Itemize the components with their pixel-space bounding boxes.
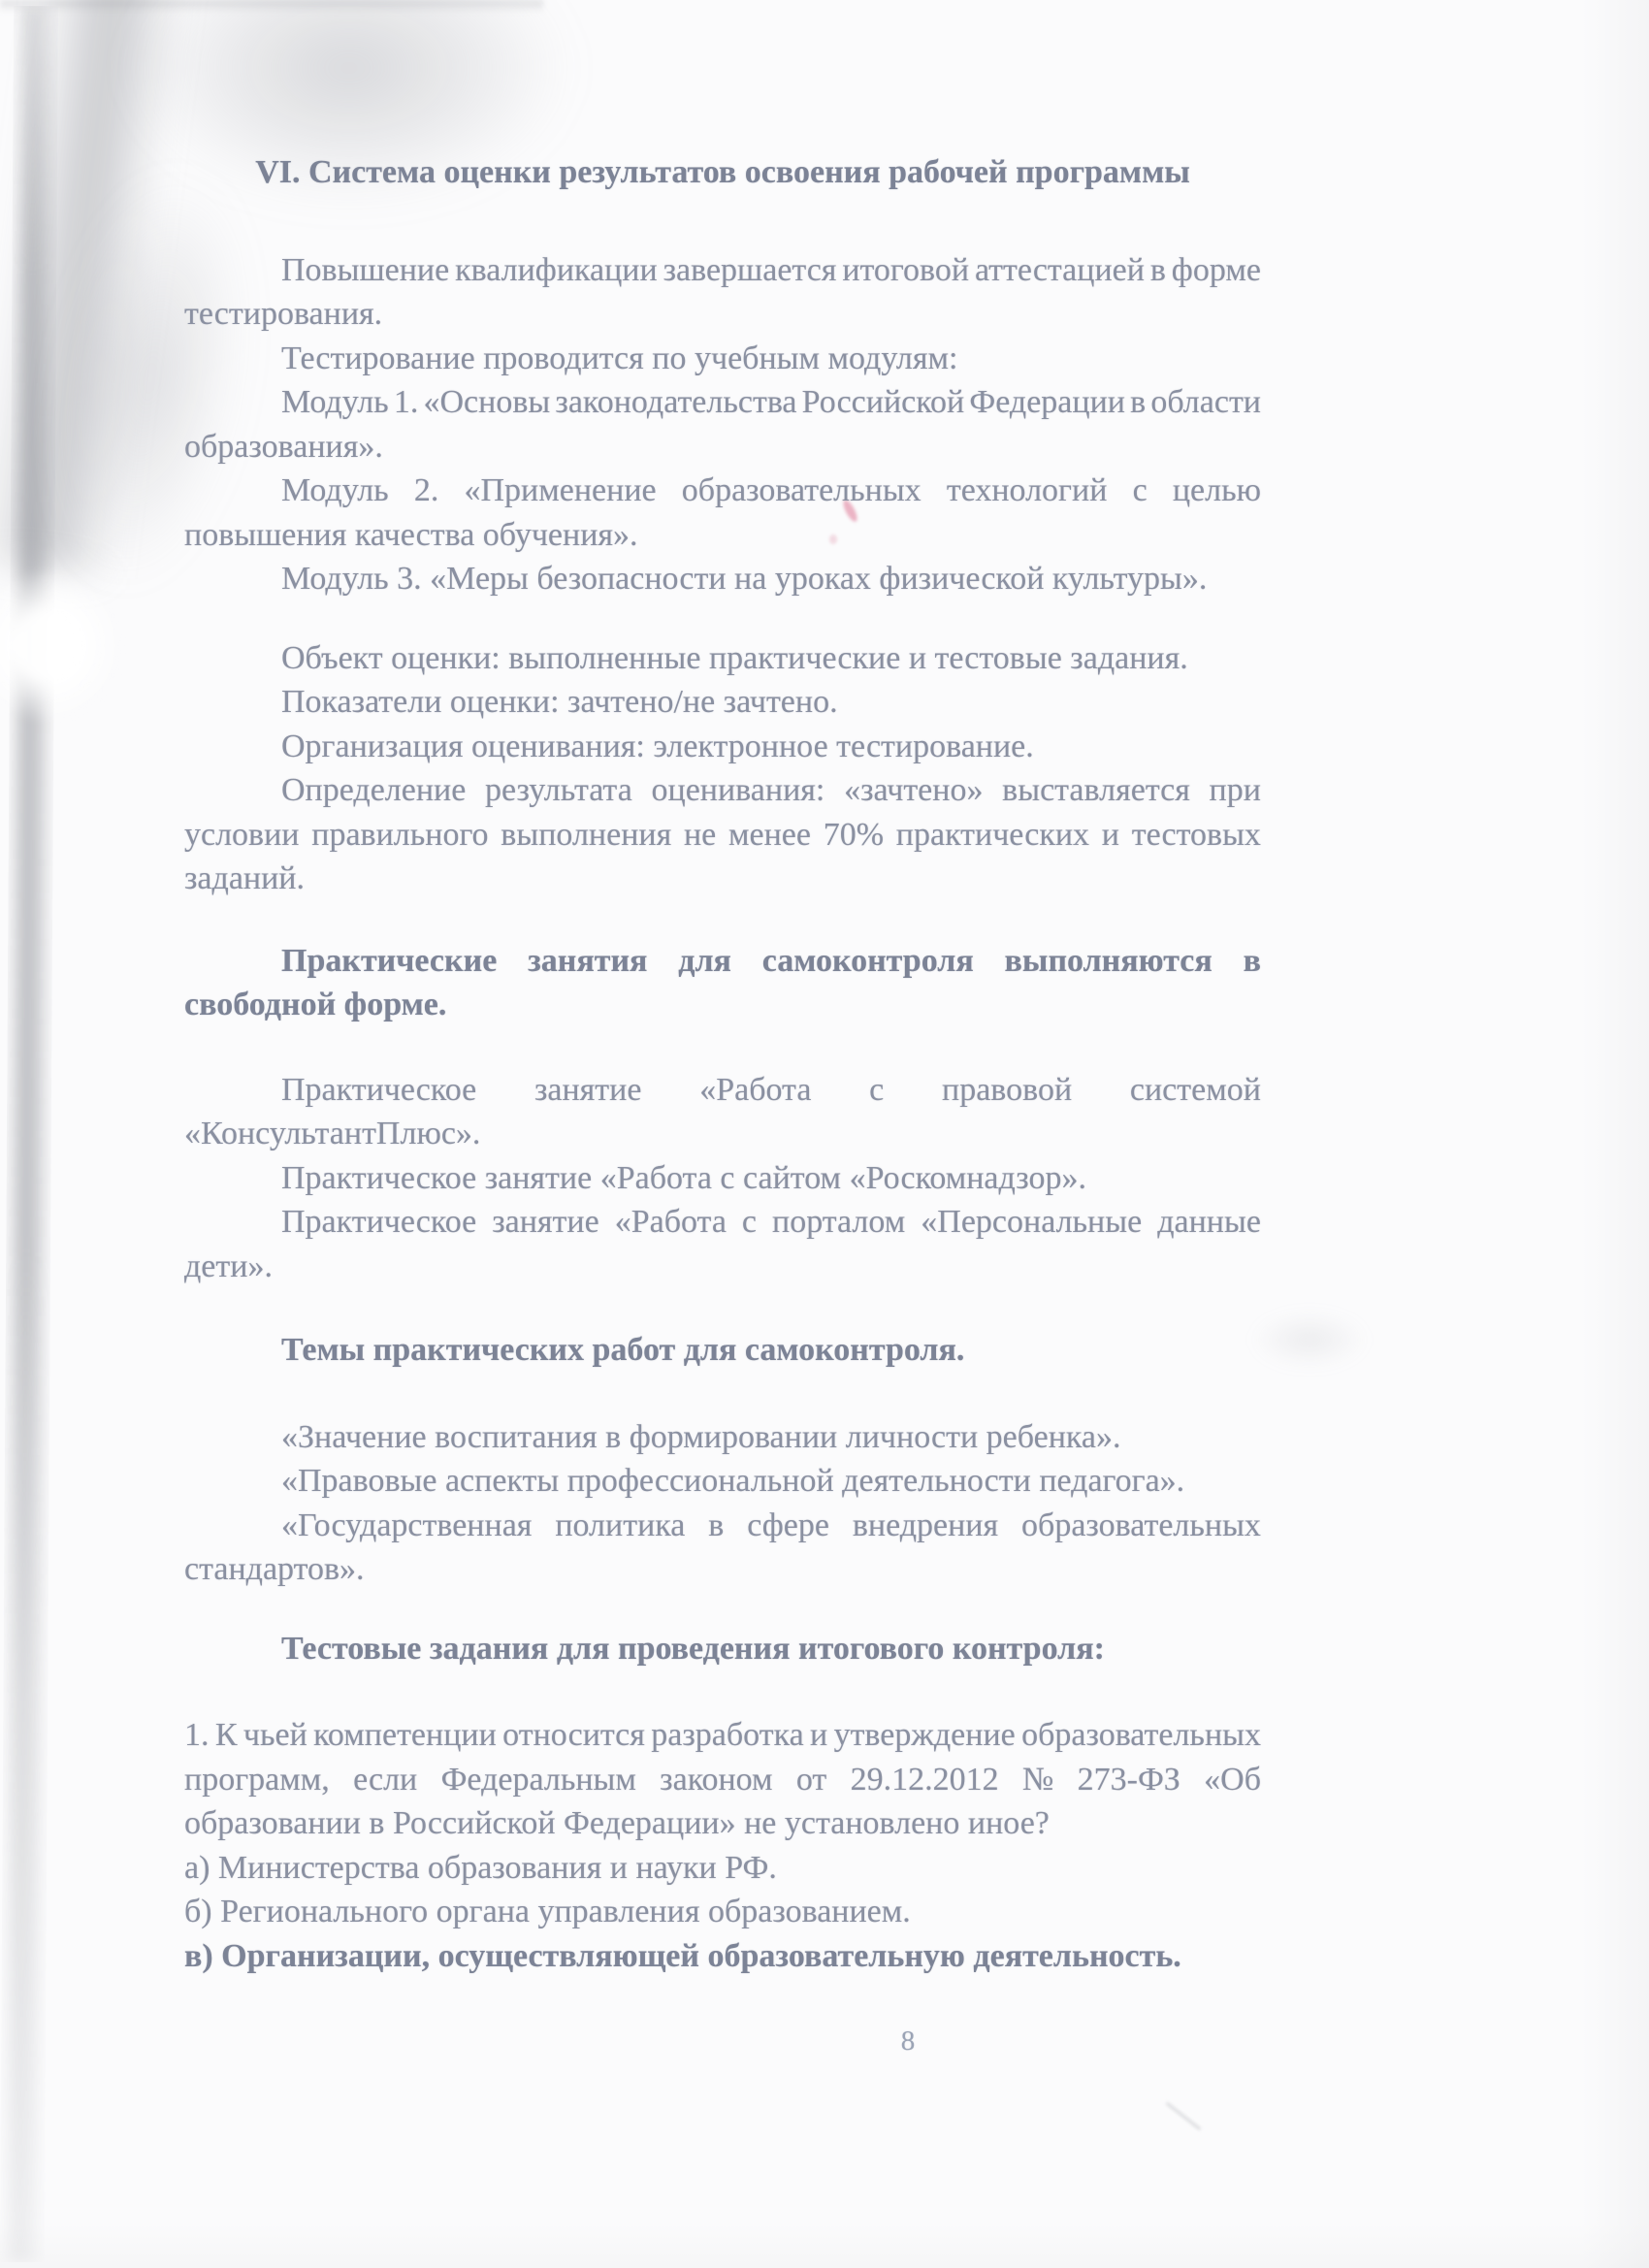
module-3-line: Модуль 3. «Меры безопасности на уроках ф… <box>184 557 1261 601</box>
answer-option-b: б) Регионального органа управления образ… <box>184 1890 1261 1934</box>
word: разработка <box>651 1713 803 1758</box>
word: сфере <box>747 1504 829 1548</box>
spacer <box>184 1288 1261 1328</box>
word: 1. <box>394 380 419 425</box>
word: образовательных <box>1021 1713 1261 1758</box>
scan-edge-bottom <box>0 2223 1649 2268</box>
practical-heading-line-1: Практическиезанятиядлясамоконтролявыполн… <box>184 939 1261 984</box>
word: с <box>869 1068 884 1113</box>
word: условии <box>184 813 300 858</box>
spacer <box>184 901 1261 939</box>
word: практических <box>896 813 1089 858</box>
word: не <box>684 813 716 858</box>
word: занятие <box>492 1200 599 1245</box>
question-1-line-3: образовании в Российской Федерации» не у… <box>184 1801 1261 1846</box>
practical-personal-data-line-1: Практическоезанятие«Работаспорталом«Перс… <box>184 1200 1261 1245</box>
word: 1. <box>184 1713 210 1758</box>
practical-roskomnadzor-line: Практическое занятие «Работа с сайтом «Р… <box>184 1156 1261 1201</box>
word: «Основы <box>424 380 551 425</box>
word: Федерации <box>969 380 1125 425</box>
scan-shadow-left-band <box>0 6 58 2262</box>
word: относится <box>502 1713 645 1758</box>
spacer <box>184 195 1261 248</box>
answer-option-c: в) Организации, осуществляющей образоват… <box>184 1934 1261 1979</box>
word: внедрения <box>853 1504 998 1548</box>
spacer <box>184 601 1261 636</box>
word: чьей <box>243 1713 307 1758</box>
word: программ, <box>184 1758 330 1802</box>
word: Модуль <box>281 469 389 513</box>
word: результата <box>485 768 632 813</box>
module-1-line-1: Модуль1.«ОсновызаконодательстваРоссийско… <box>184 380 1261 425</box>
word: технологий <box>947 469 1108 513</box>
word: 2. <box>414 469 439 513</box>
spacer <box>184 1027 1261 1068</box>
module-2-line-1: Модуль2.«Применениеобразовательныхтехнол… <box>184 469 1261 513</box>
word: и <box>1102 813 1119 858</box>
word: 70% <box>824 813 884 858</box>
word: квалификации <box>455 248 658 293</box>
word: «зачтено» <box>844 768 983 813</box>
document-body: VI. Система оценки результатов освоения … <box>184 150 1261 1978</box>
word: Федеральным <box>441 1758 636 1802</box>
spacer <box>184 1592 1261 1627</box>
word: утверждение <box>834 1713 1016 1758</box>
word: итоговой <box>842 248 969 293</box>
doc-title: VI. Система оценки результатов освоения … <box>184 150 1261 195</box>
word: в <box>1244 939 1261 984</box>
word: «Работа <box>699 1068 811 1113</box>
word: в <box>1150 248 1166 293</box>
word: при <box>1210 768 1261 813</box>
word: аттестацией <box>975 248 1145 293</box>
assessment-organization-line: Организация оценивания: электронное тест… <box>184 725 1261 769</box>
word: завершается <box>663 248 837 293</box>
word: Модуль <box>281 380 389 425</box>
word: законом <box>660 1758 772 1802</box>
practical-heading-line-2: свободной форме. <box>184 983 1261 1027</box>
practical-consultantplus-line-1: Практическоезанятие«Работасправовойсисте… <box>184 1068 1261 1113</box>
word: Повышение <box>281 248 449 293</box>
scan-edge-right <box>1581 0 1649 2268</box>
word: выставляется <box>1002 768 1190 813</box>
word: форме <box>1172 248 1261 293</box>
word: «Персональные <box>921 1200 1142 1245</box>
word: оценивания: <box>652 768 825 813</box>
word: самоконтроля <box>762 939 974 984</box>
assessment-result-line-1: Определениерезультатаоценивания:«зачтено… <box>184 768 1261 813</box>
word: «Работа <box>615 1200 727 1245</box>
scan-shadow-top-edge <box>0 0 543 13</box>
word: занятие <box>534 1068 642 1113</box>
page-number: 8 <box>859 2025 956 2057</box>
word: образовательных <box>1021 1504 1261 1548</box>
word: от <box>796 1758 826 1802</box>
word: «Об <box>1204 1758 1261 1802</box>
answer-option-a: а) Министерства образования и науки РФ. <box>184 1846 1261 1891</box>
question-1-line-2: программ,еслиФедеральнымзакономот29.12.2… <box>184 1758 1261 1802</box>
scanned-page: { "colors": { "ink": "#8a90a1", "ink_bol… <box>0 0 1649 2268</box>
word: выполнения <box>501 813 671 858</box>
spacer <box>184 1670 1261 1713</box>
word: если <box>353 1758 417 1802</box>
word: менее <box>728 813 811 858</box>
word: тестовых <box>1132 813 1261 858</box>
question-1-line-1: 1.Кчьейкомпетенцииотноситсяразработкаиут… <box>184 1713 1261 1758</box>
word: с <box>742 1200 757 1245</box>
word: Практическое <box>281 1068 476 1113</box>
topics-heading: Темы практических работ для самоконтроля… <box>184 1328 1261 1373</box>
scan-wisp <box>1251 1312 1368 1368</box>
word: целью <box>1173 469 1261 513</box>
word: «Применение <box>465 469 657 513</box>
word: 29.12.2012 <box>851 1758 999 1802</box>
word: № <box>1022 1758 1053 1802</box>
assessment-indicators-line: Показатели оценки: зачтено/не зачтено. <box>184 680 1261 725</box>
intro-line-2: тестирования. <box>184 292 1261 337</box>
test-tasks-heading: Тестовые задания для проведения итоговог… <box>184 1627 1261 1671</box>
topic-line-3b: стандартов». <box>184 1547 1261 1592</box>
word: образовательных <box>682 469 921 513</box>
word: в <box>1130 380 1146 425</box>
word: законодательства <box>555 380 796 425</box>
word: системой <box>1130 1068 1261 1113</box>
assessment-object-line: Объект оценки: выполненные практические … <box>184 636 1261 681</box>
word: политика <box>555 1504 685 1548</box>
word: «Государственная <box>281 1504 532 1548</box>
topic-line-3a: «Государственнаяполитикавсферевнедренияо… <box>184 1504 1261 1548</box>
module-2-line-2: повышения качества обучения». <box>184 513 1261 558</box>
word: Российской <box>802 380 965 425</box>
spacer <box>184 1373 1261 1415</box>
word: компетенции <box>313 1713 497 1758</box>
scan-smudge-diagonal <box>0 0 185 576</box>
word: Практическое <box>281 1200 476 1245</box>
word: в <box>708 1504 724 1548</box>
assessment-result-line-2: условииправильноговыполнениянеменее70%пр… <box>184 813 1261 858</box>
module-1-line-2: образования». <box>184 425 1261 470</box>
topic-line-2: «Правовые аспекты профессиональной деяте… <box>184 1459 1261 1504</box>
scan-scratch <box>1166 2102 1202 2130</box>
testing-modules-line: Тестирование проводится по учебным модул… <box>184 337 1261 381</box>
word: занятия <box>528 939 647 984</box>
word: Практические <box>281 939 497 984</box>
word: области <box>1150 380 1261 425</box>
word: выполняются <box>1005 939 1212 984</box>
practical-consultantplus-line-2: «КонсультантПлюс». <box>184 1112 1261 1156</box>
word: Определение <box>281 768 466 813</box>
word: К <box>215 1713 238 1758</box>
word: 273-ФЗ <box>1078 1758 1180 1802</box>
intro-line-1: Повышениеквалификациизавершаетсяитоговой… <box>184 248 1261 293</box>
word: правовой <box>942 1068 1072 1113</box>
word: данные <box>1157 1200 1261 1245</box>
scan-highlight-notch <box>0 570 124 721</box>
word: порталом <box>772 1200 905 1245</box>
word: для <box>678 939 731 984</box>
practical-personal-data-line-2: дети». <box>184 1245 1261 1289</box>
word: и <box>810 1713 827 1758</box>
word: с <box>1133 469 1148 513</box>
assessment-result-line-3: заданий. <box>184 857 1261 901</box>
word: правильного <box>311 813 488 858</box>
topic-line-1: «Значение воспитания в формировании личн… <box>184 1415 1261 1460</box>
